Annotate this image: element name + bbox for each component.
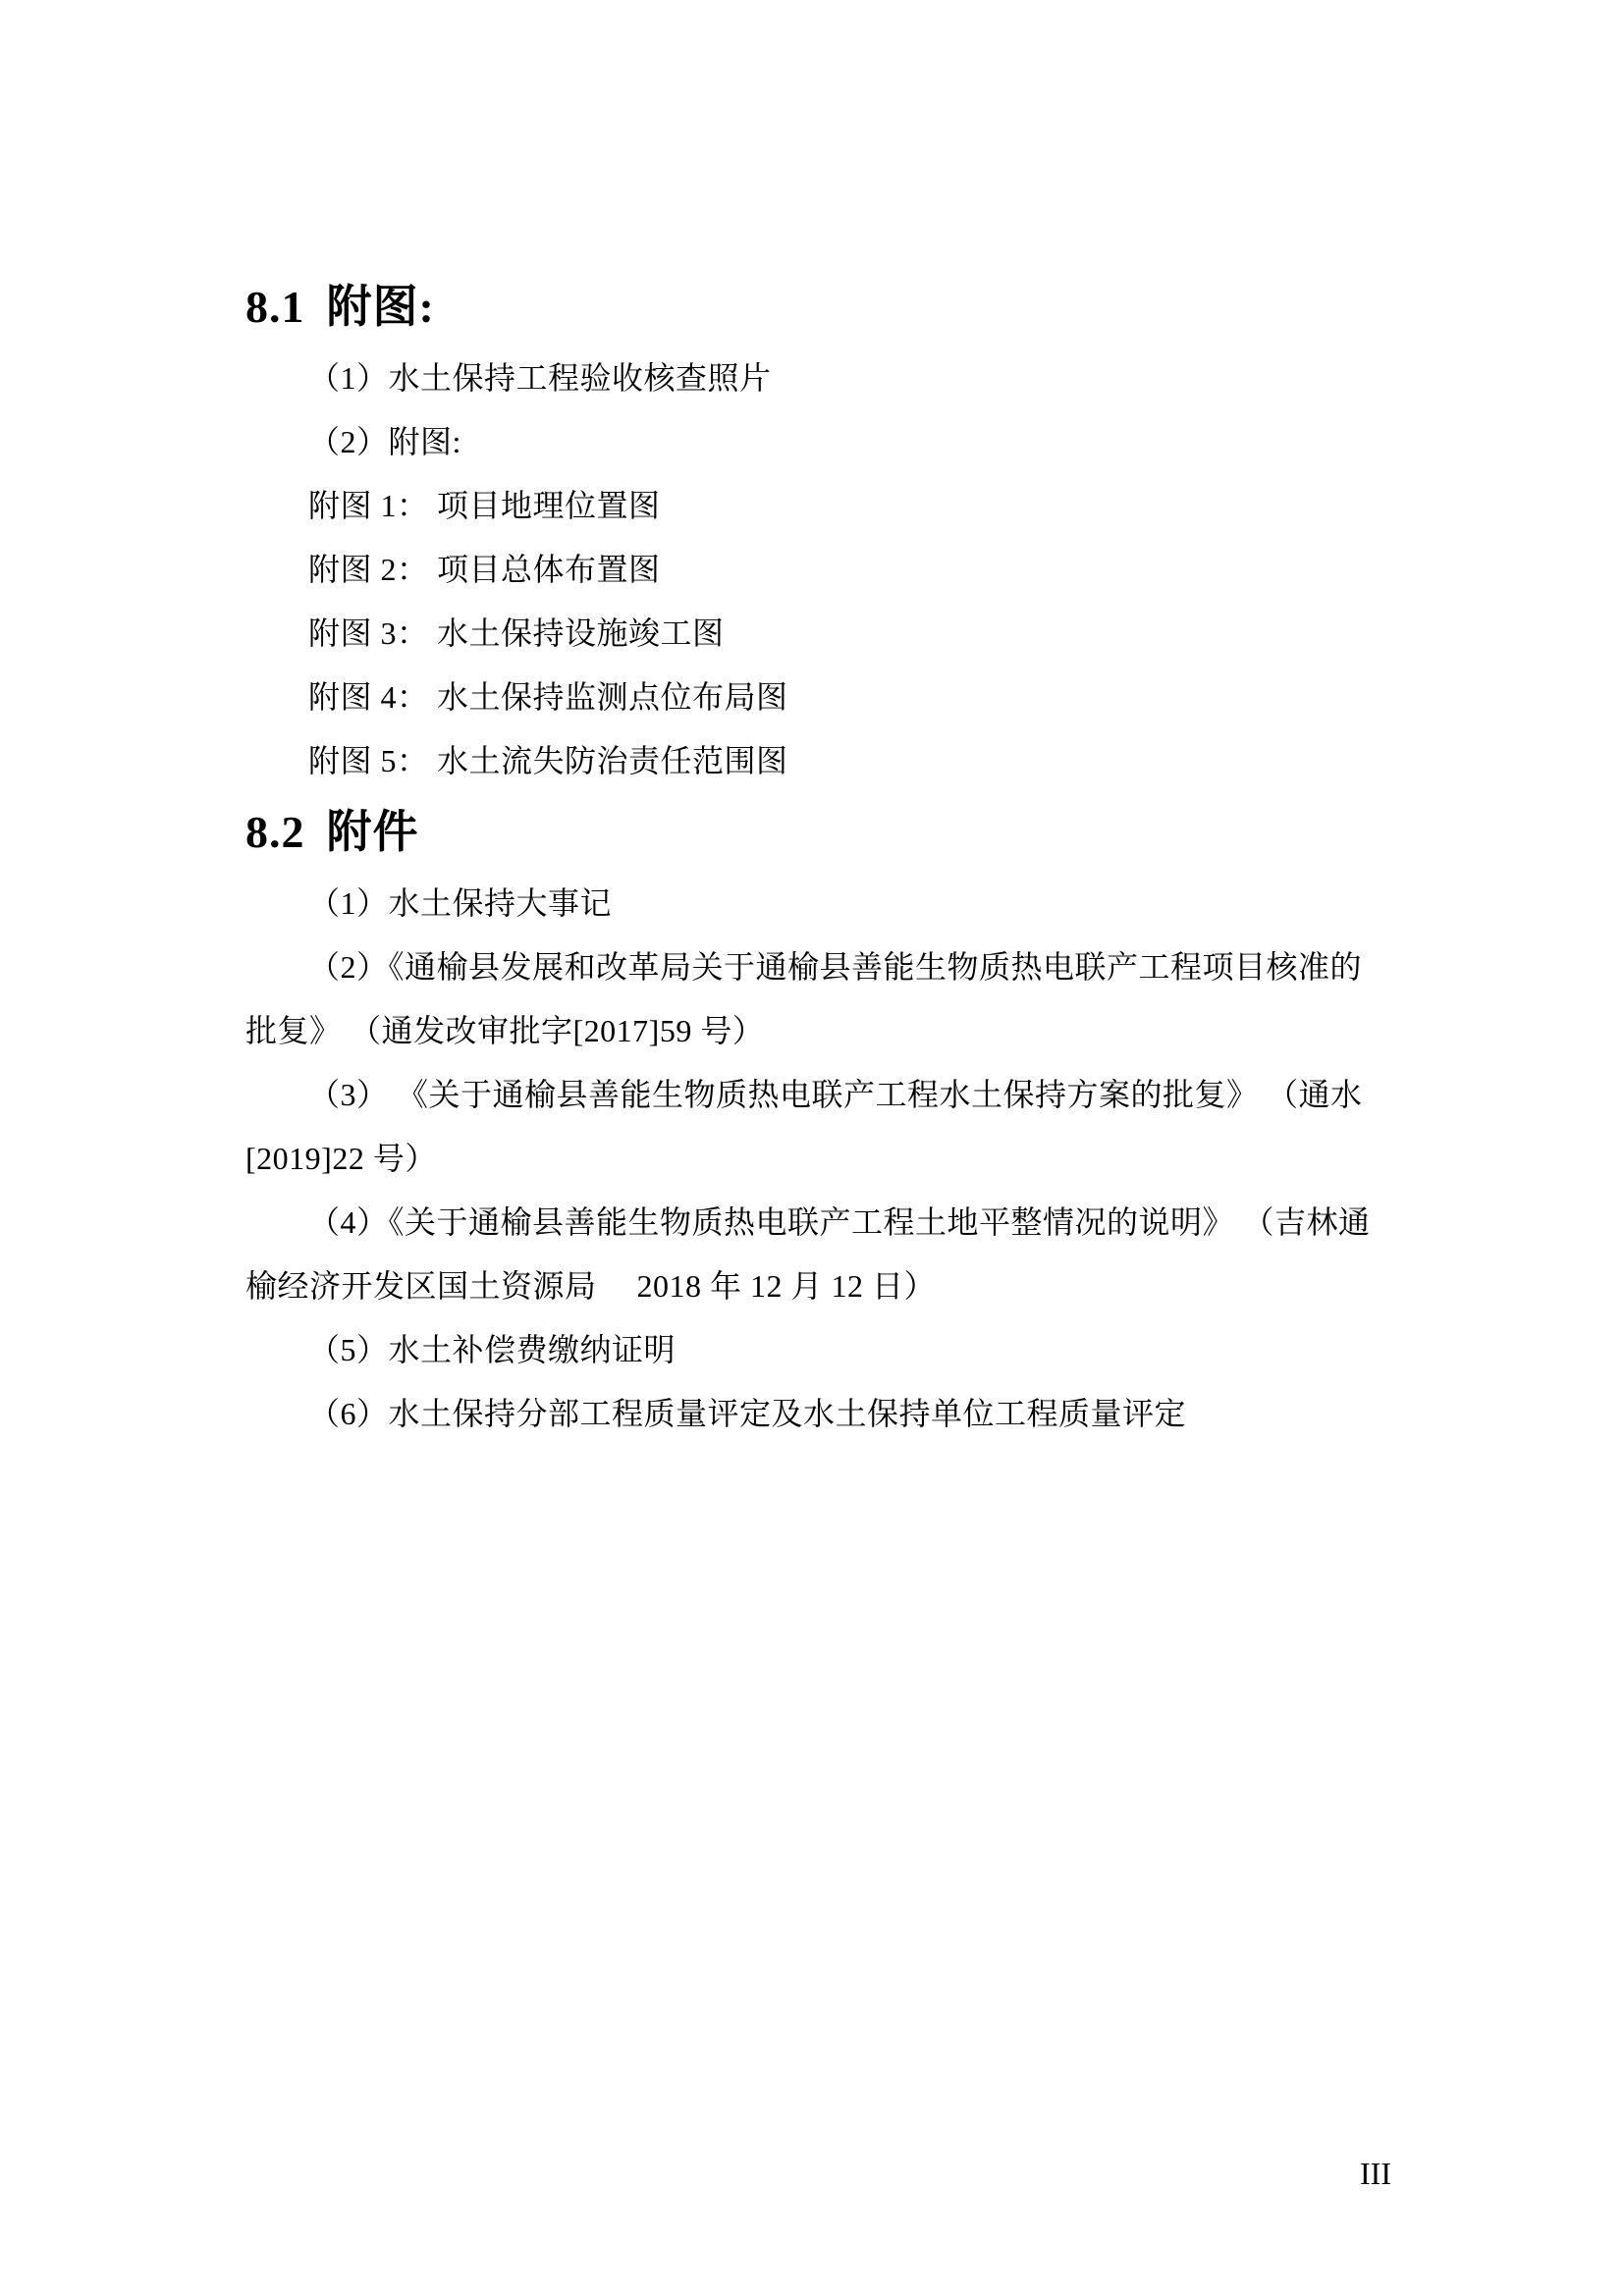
page-number: III bbox=[1360, 2154, 1391, 2193]
document-page: 8.1附图: （1）水土保持工程验收核查照片 （2）附图: 附图 1： 项目地理… bbox=[0, 0, 1624, 2296]
section-number-8-2: 8.2 bbox=[245, 793, 305, 872]
attachment-entry-4-line-2: 榆经济开发区国土资源局 2018 年 12 月 12 日） bbox=[245, 1255, 1335, 1318]
drawing-entry-3: 附图 3： 水土保持设施竣工图 bbox=[245, 602, 1335, 666]
attachment-entry-2-line-1: （2）《通榆县发展和改革局关于通榆县善能生物质热电联产工程项目核准的 bbox=[245, 935, 1335, 999]
attachment-entry-5: （5）水土补偿费缴纳证明 bbox=[245, 1318, 1335, 1382]
attachment-entry-3-line-1: （3） 《关于通榆县善能生物质热电联产工程水土保持方案的批复》 （通水 bbox=[245, 1063, 1335, 1127]
drawing-entry-4: 附图 4： 水土保持监测点位布局图 bbox=[245, 666, 1335, 729]
drawing-entry-1: 附图 1： 项目地理位置图 bbox=[245, 474, 1335, 538]
attachment-entry-1: （1）水土保持大事记 bbox=[245, 872, 1335, 935]
drawing-entry-5: 附图 5： 水土流失防治责任范围图 bbox=[245, 729, 1335, 793]
list-item-photos: （1）水土保持工程验收核查照片 bbox=[245, 347, 1335, 410]
section-title-8-1: 附图: bbox=[327, 282, 435, 332]
list-item-drawings: （2）附图: bbox=[245, 410, 1335, 474]
attachment-entry-3-line-2: [2019]22 号） bbox=[245, 1127, 1335, 1191]
attachment-entry-2-line-2: 批复》 （通发改审批字[2017]59 号） bbox=[245, 999, 1335, 1063]
section-number-8-1: 8.1 bbox=[245, 268, 305, 347]
document-content: 8.1附图: （1）水土保持工程验收核查照片 （2）附图: 附图 1： 项目地理… bbox=[245, 0, 1335, 1446]
section-heading-8-2: 8.2附件 bbox=[245, 793, 1335, 872]
section-title-8-2: 附件 bbox=[327, 807, 419, 857]
attachment-entry-6: （6）水土保持分部工程质量评定及水土保持单位工程质量评定 bbox=[245, 1382, 1335, 1446]
drawing-entry-2: 附图 2： 项目总体布置图 bbox=[245, 538, 1335, 602]
attachment-entry-4-line-1: （4）《关于通榆县善能生物质热电联产工程土地平整情况的说明》 （吉林通 bbox=[245, 1191, 1335, 1255]
section-heading-8-1: 8.1附图: bbox=[245, 268, 1335, 347]
